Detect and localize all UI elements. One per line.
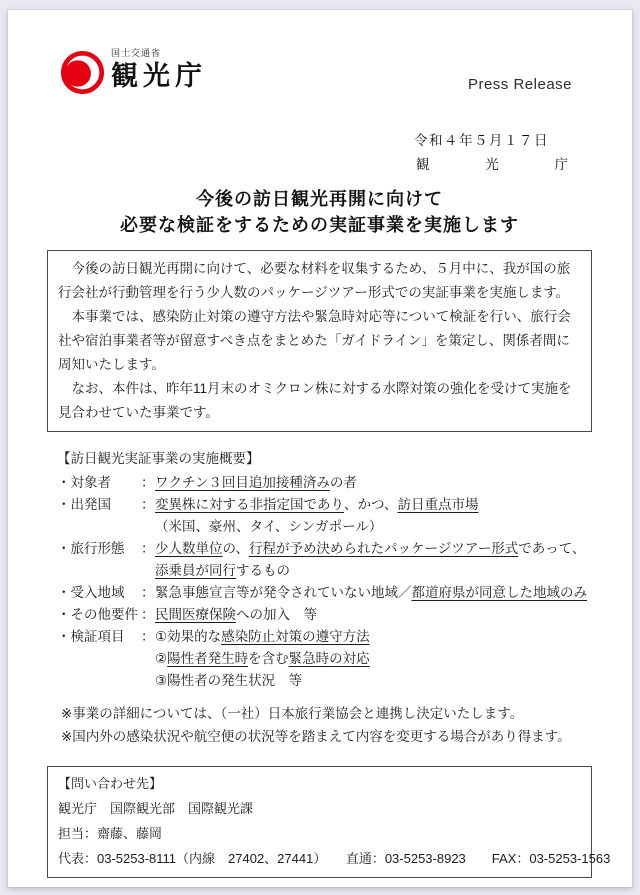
ministry-name: 国土交通省 bbox=[111, 48, 207, 59]
issuing-org-char: 観 bbox=[416, 153, 430, 173]
jta-logo-icon bbox=[60, 50, 105, 95]
summary-paragraph: なお、本件は、昨年11月末のオミクロン株に対する水際対策の強化を受けて実施を見合… bbox=[58, 377, 581, 425]
overview-row-content: ワクチン３回目追加接種済みの者 bbox=[155, 472, 592, 494]
overview-row-content: 緊急事態宣言等が発令されていない地域／都道府県が同意した地域のみ bbox=[155, 582, 592, 604]
note-line: ※事業の詳細については、（一社）日本旅行業協会と連携し決定いたします。 bbox=[61, 702, 592, 725]
overview-row-colon: ： bbox=[141, 604, 155, 626]
title-line-2: 必要な検証をするための実証事業を実施します bbox=[47, 212, 592, 238]
bar-text-agency-en: Japan Tourism Agency bbox=[106, 99, 181, 106]
overview-row-content: 変異株に対する非指定国であり、かつ、訪日重点市場 bbox=[155, 494, 592, 516]
contact-heading: 【問い合わせ先】 bbox=[58, 771, 581, 796]
page-content: 国土交通省 観光庁 Press Release Japan Tourism Ag… bbox=[8, 10, 632, 878]
overview-row-content: 民間医療保険への加入 等 bbox=[155, 604, 592, 626]
summary-box: 今後の訪日観光再開に向けて、必要な材料を収集するため、５月中に、我が国の旅行会社… bbox=[47, 250, 592, 432]
agency-logo-block: 国土交通省 観光庁 bbox=[60, 48, 207, 95]
note-line: ※国内外の感染状況や航空便の状況等を踏まえて内容を変更する場合があり得ます。 bbox=[61, 725, 592, 748]
overview-row-colon bbox=[141, 516, 155, 538]
overview-row-colon: ： bbox=[141, 538, 155, 560]
overview-row: ・受入地域：緊急事態宣言等が発令されていない地域／都道府県が同意した地域のみ bbox=[57, 582, 592, 604]
contact-line: 代表：03-5253-8111（内線 27402、27441） 直通：03-52… bbox=[58, 846, 581, 871]
overview-row-colon bbox=[141, 560, 155, 582]
overview-row: ・出発国：変異株に対する非指定国であり、かつ、訪日重点市場 bbox=[57, 494, 592, 516]
overview-row-colon: ： bbox=[141, 626, 155, 648]
release-date: 令和４年５月１７日 bbox=[414, 129, 570, 149]
summary-paragraph: 本事業では、感染防止対策の遵守方法や緊急時対応等について検証を行い、旅行会社や宿… bbox=[58, 305, 581, 377]
overview-row-content: ②陽性者発生時を含む緊急時の対応 bbox=[155, 648, 592, 670]
overview-row: ・検証項目：①効果的な感染防止対策の遵守方法 bbox=[57, 626, 592, 648]
overview-row-label bbox=[57, 560, 141, 582]
overview-row-label: ・出発国 bbox=[57, 494, 141, 516]
overview-row-label: ・検証項目 bbox=[57, 626, 141, 648]
overview-row: ・その他要件：民間医療保険への加入 等 bbox=[57, 604, 592, 626]
overview-row: ・旅行形態：少人数単位の、行程が予め決められたパッケージツアー形式であって、 bbox=[57, 538, 592, 560]
overview-row-colon: ： bbox=[141, 582, 155, 604]
overview-heading: 【訪日観光実証事業の実施概要】 bbox=[57, 447, 592, 467]
overview-row-label: ・受入地域 bbox=[57, 582, 141, 604]
overview-list: ・対象者：ワクチン３回目追加接種済みの者・出発国：変異株に対する非指定国であり、… bbox=[57, 472, 592, 692]
overview-row-colon: ： bbox=[141, 494, 155, 516]
press-release-page: 国土交通省 観光庁 Press Release Japan Tourism Ag… bbox=[8, 10, 632, 887]
bar-text-ministry-en: Ministry of Land, Infrastructure, Transp… bbox=[195, 99, 376, 106]
overview-row-colon: ： bbox=[141, 472, 155, 494]
agency-name: 観光庁 bbox=[111, 59, 207, 93]
header-red-bar: Japan Tourism AgencyMinistry of Land, In… bbox=[60, 98, 572, 107]
overview-row: 添乗員が同行するもの bbox=[57, 560, 592, 582]
title-line-1: 今後の訪日観光再開に向けて bbox=[47, 186, 592, 212]
issuing-org-char: 庁 bbox=[555, 153, 569, 173]
contact-box: 【問い合わせ先】 観光庁 国際観光部 国際観光課 担当：齋藤、藤岡 代表：03-… bbox=[47, 766, 592, 878]
overview-row: ・対象者：ワクチン３回目追加接種済みの者 bbox=[57, 472, 592, 494]
overview-row-label bbox=[57, 648, 141, 670]
overview-row-content: ①効果的な感染防止対策の遵守方法 bbox=[155, 626, 592, 648]
header: 国土交通省 観光庁 Press Release bbox=[60, 48, 572, 95]
overview-row-content: ③陽性者の発生状況 等 bbox=[155, 670, 592, 692]
overview-row-content: 添乗員が同行するもの bbox=[155, 560, 592, 582]
summary-paragraph: 今後の訪日観光再開に向けて、必要な材料を収集するため、５月中に、我が国の旅行会社… bbox=[58, 257, 581, 305]
header-bar-text: Japan Tourism AgencyMinistry of Land, In… bbox=[106, 99, 377, 106]
overview-row: ③陽性者の発生状況 等 bbox=[57, 670, 592, 692]
issuing-org: 観 光 庁 bbox=[414, 153, 570, 173]
overview-row: ②陽性者発生時を含む緊急時の対応 bbox=[57, 648, 592, 670]
issuing-org-char: 光 bbox=[485, 153, 499, 173]
overview-row-label: ・旅行形態 bbox=[57, 538, 141, 560]
overview-row-label: ・対象者 bbox=[57, 472, 141, 494]
notes: ※事業の詳細については、（一社）日本旅行業協会と連携し決定いたします。 ※国内外… bbox=[61, 702, 592, 748]
overview-row-content: 少人数単位の、行程が予め決められたパッケージツアー形式であって、 bbox=[155, 538, 592, 560]
overview-row-label bbox=[57, 670, 141, 692]
agency-name-block: 国土交通省 観光庁 bbox=[111, 48, 207, 93]
overview-row-label bbox=[57, 516, 141, 538]
overview-row: （米国、豪州、タイ、シンガポール） bbox=[57, 516, 592, 538]
document-title: 今後の訪日観光再開に向けて 必要な検証をするための実証事業を実施します bbox=[47, 186, 592, 238]
overview-row-content: （米国、豪州、タイ、シンガポール） bbox=[155, 516, 592, 538]
overview-row-colon bbox=[141, 648, 155, 670]
press-release-label: Press Release bbox=[468, 76, 572, 95]
overview-row-colon bbox=[141, 670, 155, 692]
contact-line: 担当：齋藤、藤岡 bbox=[58, 821, 581, 846]
date-block: 令和４年５月１７日 観 光 庁 bbox=[414, 129, 570, 173]
overview-row-label: ・その他要件 bbox=[57, 604, 141, 626]
contact-line: 観光庁 国際観光部 国際観光課 bbox=[58, 796, 581, 821]
